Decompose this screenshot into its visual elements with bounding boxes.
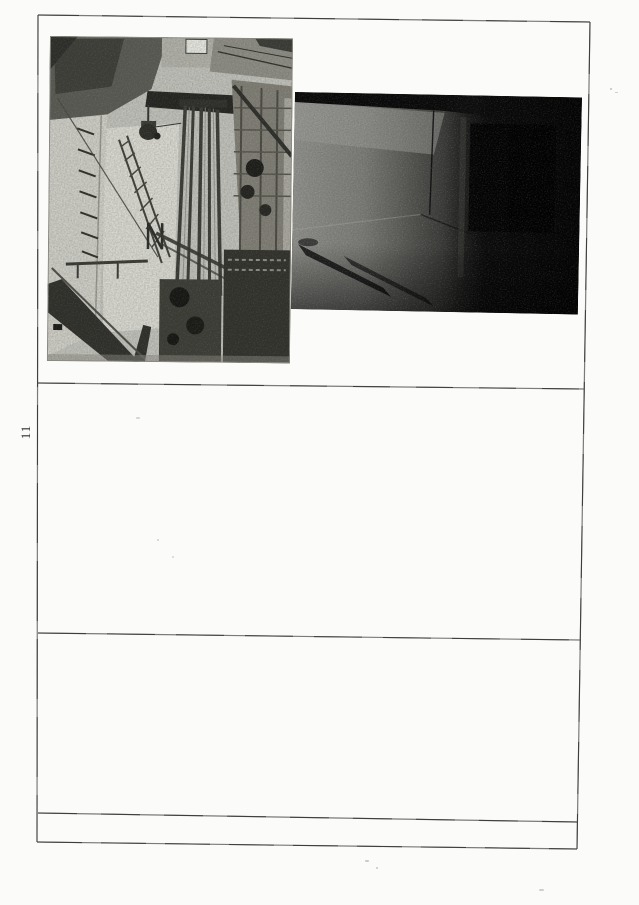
scan-speck (172, 556, 174, 558)
scanned-page: 11 (0, 0, 639, 905)
scan-speck (157, 539, 159, 541)
frame-bottom-line (37, 842, 577, 849)
row-divider-3 (38, 813, 577, 822)
scan-speck (136, 417, 140, 419)
row-divider-2 (38, 633, 580, 640)
row-divider-1 (38, 383, 584, 389)
frame-top-line (38, 15, 590, 22)
scan-speck (610, 88, 612, 90)
industrial-interior-photo (47, 36, 293, 363)
dark-room-photo (291, 92, 582, 314)
scan-speck (376, 867, 378, 869)
scan-speck (615, 92, 618, 93)
page-number: 11 (14, 420, 38, 444)
scan-speck (539, 889, 544, 891)
scan-speck (365, 860, 369, 862)
